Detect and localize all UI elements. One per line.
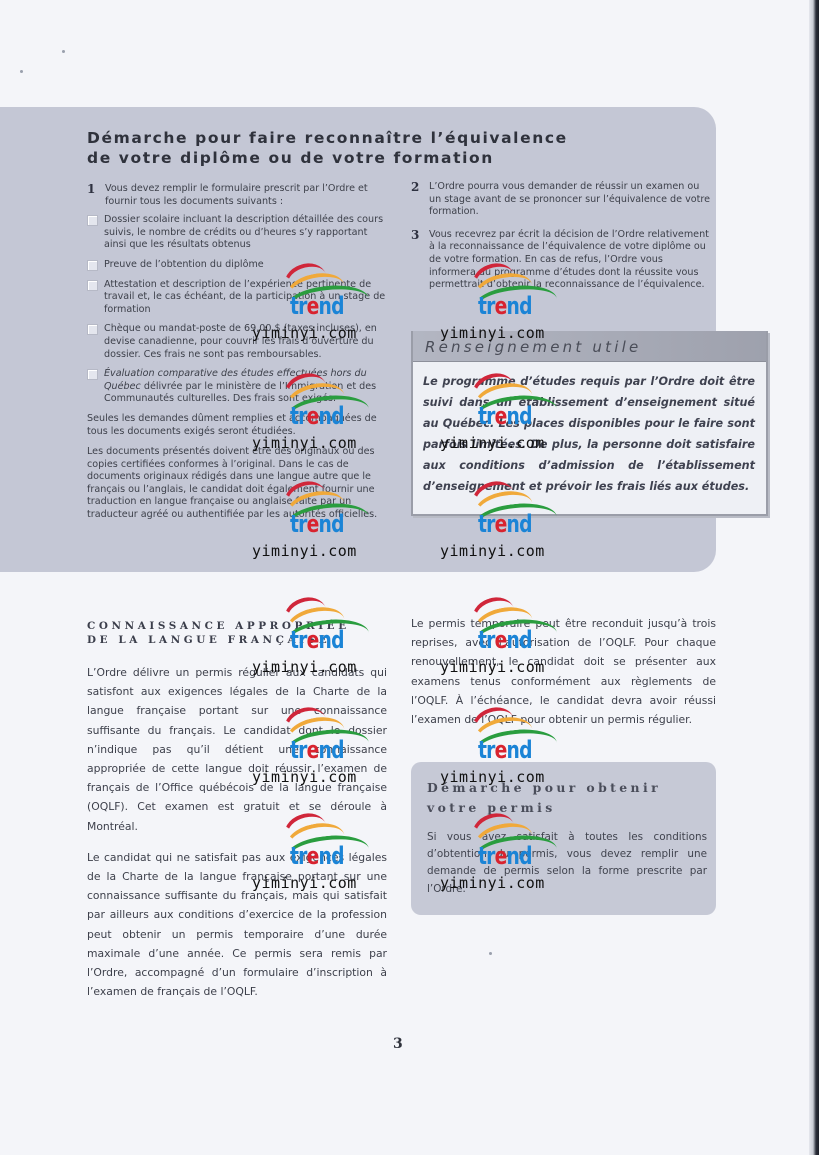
step-3: 3 Vous recevrez par écrit la décision de… [411,229,711,292]
step-text: L’Ordre pourra vous demander de réussir … [429,181,711,219]
checklist-item: Chèque ou mandat-poste de 69,00 $ (taxes… [87,323,387,361]
checklist-item: Preuve de l’obtention du diplôme [87,259,387,272]
checklist-item: Dossier scolaire incluant la description… [87,214,387,252]
checkbox[interactable] [87,324,98,335]
complete-note: Seules les demandes dûment remplies et a… [87,413,387,438]
documents-note: Les documents présentés doivent être des… [87,446,387,522]
language-left-column: L’Ordre délivre un permis régulier aux c… [87,663,387,1013]
page-number: 3 [393,1036,403,1052]
equivalence-right-column: 2 L’Ordre pourra vous demander de réussi… [411,181,711,298]
step-2: 2 L’Ordre pourra vous demander de réussi… [411,181,711,219]
step-text: Vous devez remplir le formulaire prescri… [105,183,387,208]
checkbox[interactable] [87,215,98,226]
checkbox[interactable] [87,369,98,380]
checklist-item: Attestation et description de l’expérien… [87,279,387,317]
permit-box-text: Si vous avez satisfait à toutes les cond… [427,829,707,898]
scan-page-edge [809,0,819,1155]
paper-speck [489,952,492,955]
step-text: Vous recevrez par écrit la décision de l… [429,229,711,292]
step-number: 3 [411,229,421,292]
language-section-title: CONNAISSANCE APPROPRIÉE DE LA LANGUE FRA… [87,619,397,647]
permit-box: Démarche pour obtenir votre permis Si vo… [411,762,716,915]
paper-speck [62,50,65,53]
step-number: 1 [87,183,97,208]
paper-speck [20,70,23,73]
checklist-item: Évaluation comparative des études effect… [87,368,387,406]
paragraph: L’Ordre délivre un permis régulier aux c… [87,663,387,836]
paragraph: Le permis temporaire peut être reconduit… [411,614,716,729]
info-box: Renseignement utile Le programme d’étude… [411,331,768,516]
checkbox[interactable] [87,260,98,271]
step-number: 2 [411,181,421,219]
equivalence-title: Démarche pour faire reconnaître l’équiva… [87,128,607,168]
language-right-column: Le permis temporaire peut être reconduit… [411,614,716,729]
paragraph: Le candidat qui ne satisfait pas aux exi… [87,848,387,1002]
equivalence-left-column: 1 Vous devez remplir le formulaire presc… [87,183,387,530]
info-box-text: Le programme d’études requis par l’Ordre… [423,371,755,497]
info-box-title: Renseignement utile [425,338,641,356]
step-1: 1 Vous devez remplir le formulaire presc… [87,183,387,208]
permit-box-title: Démarche pour obtenir votre permis [427,778,712,818]
checkbox[interactable] [87,280,98,291]
